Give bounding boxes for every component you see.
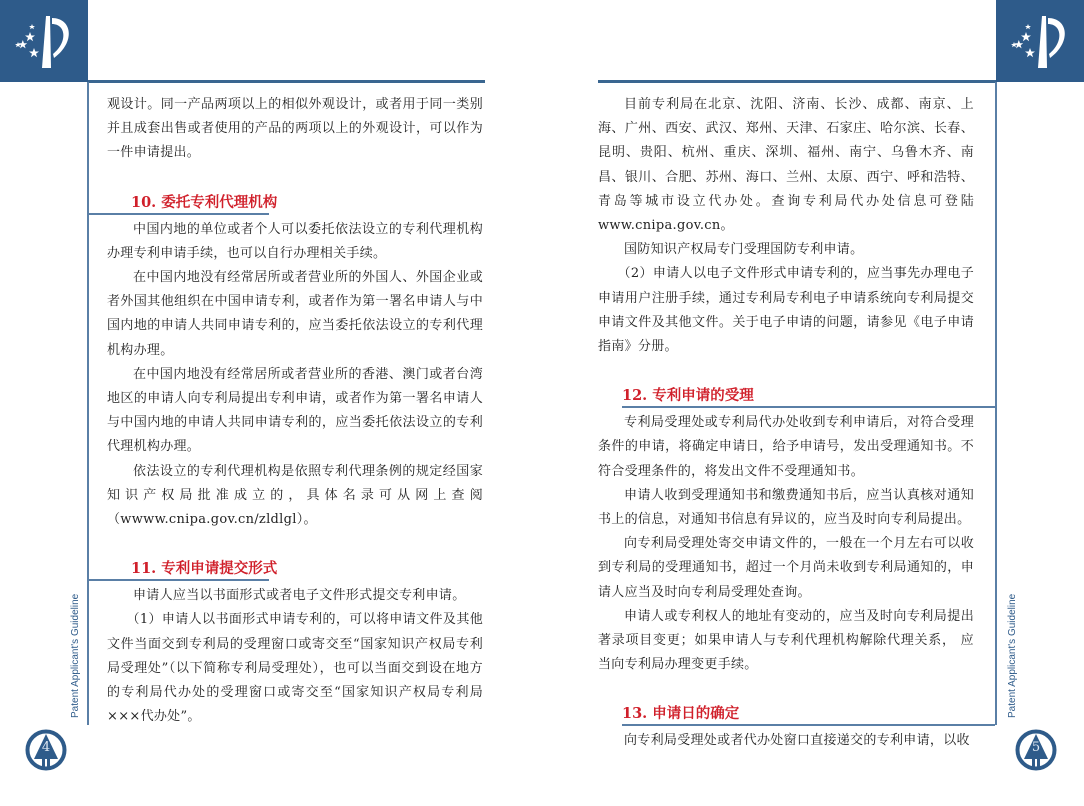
section-title: 13. 申请日的确定 <box>622 702 739 723</box>
paragraph: （1）申请人以书面形式申请专利的，可以将申请文件及其他文件当面交到专利局的受理窗… <box>107 608 483 729</box>
heading-underline <box>622 406 995 408</box>
heading-underline <box>87 579 269 581</box>
section-heading-11: 11. 专利申请提交形式 <box>107 554 483 584</box>
paragraph: 申请人应当以书面形式或者电子文件形式提交专利申请。 <box>107 584 483 608</box>
paragraph: 中国内地的单位或者个人可以委托依法设立的专利代理机构办理专利申请手续，也可以自行… <box>107 218 483 266</box>
heading-underline <box>622 724 995 726</box>
cnipa-emblem-icon <box>1006 8 1074 72</box>
section-title: 10. 委托专利代理机构 <box>131 191 277 212</box>
left-page: 观设计。同一产品两项以上的相似外观设计，或者用于同一类别并且成套出售或者使用的产… <box>0 0 542 806</box>
paragraph: 依法设立的专利代理机构是依照专利代理条例的规定经国家知识产权局批准成立的，具体名… <box>107 460 483 533</box>
right-page-content: 目前专利局在北京、沈阳、济南、长沙、成都、南京、上海、广州、西安、武汉、郑州、天… <box>598 93 974 754</box>
running-title: Patent Applicant's Guideline <box>1007 594 1018 718</box>
paragraph: 在中国内地没有经常居所或者营业所的外国人、外国企业或者外国其他组织在中国申请专利… <box>107 266 483 363</box>
paragraph: 申请人或专利权人的地址有变动的，应当及时向专利局提出著录项目变更；如果申请人与专… <box>598 605 974 678</box>
paragraph: 专利局受理处或专利局代办处收到专利申请后，对符合受理条件的申请，将确定申请日，给… <box>598 411 974 484</box>
paragraph: 目前专利局在北京、沈阳、济南、长沙、成都、南京、上海、广州、西安、武汉、郑州、天… <box>598 93 974 238</box>
paragraph: 在中国内地没有经常居所或者营业所的香港、澳门或者台湾地区的申请人向专利局提出专利… <box>107 363 483 460</box>
section-heading-10: 10. 委托专利代理机构 <box>107 188 483 218</box>
cnipa-emblem-icon <box>10 8 78 72</box>
heading-underline <box>87 213 269 215</box>
right-page: 目前专利局在北京、沈阳、济南、长沙、成都、南京、上海、广州、西安、武汉、郑州、天… <box>542 0 1084 806</box>
section-heading-12: 12. 专利申请的受理 <box>598 381 974 411</box>
paragraph: （2）申请人以电子文件形式申请专利的，应当事先办理电子申请用户注册手续，通过专利… <box>598 262 974 359</box>
paragraph: 观设计。同一产品两项以上的相似外观设计，或者用于同一类别并且成套出售或者使用的产… <box>107 93 483 166</box>
left-page-content: 观设计。同一产品两项以上的相似外观设计，或者用于同一类别并且成套出售或者使用的产… <box>107 93 483 729</box>
page-number-badge: 5 <box>1015 729 1057 771</box>
margin-rule <box>995 82 997 725</box>
section-title: 11. 专利申请提交形式 <box>131 557 277 578</box>
header-rule <box>88 80 485 83</box>
cnipa-logo <box>996 0 1084 82</box>
section-title: 12. 专利申请的受理 <box>622 384 754 405</box>
page-number: 5 <box>1015 740 1057 755</box>
paragraph: 向专利局受理处寄交申请文件的，一般在一个月左右可以收到专利局的受理通知书，超过一… <box>598 532 974 605</box>
cnipa-logo <box>0 0 88 82</box>
page-number: 4 <box>25 740 67 755</box>
running-title: Patent Applicant's Guideline <box>70 594 81 718</box>
paragraph: 国防知识产权局专门受理国防专利申请。 <box>598 238 974 262</box>
page-number-badge: 4 <box>25 729 67 771</box>
paragraph: 申请人收到受理通知书和缴费通知书后，应当认真核对通知书上的信息，对通知书信息有异… <box>598 484 974 532</box>
header-rule <box>598 80 996 83</box>
section-heading-13: 13. 申请日的确定 <box>598 699 974 729</box>
margin-rule <box>87 82 89 725</box>
paragraph: 向专利局受理处或者代办处窗口直接递交的专利申请，以收 <box>598 729 974 753</box>
